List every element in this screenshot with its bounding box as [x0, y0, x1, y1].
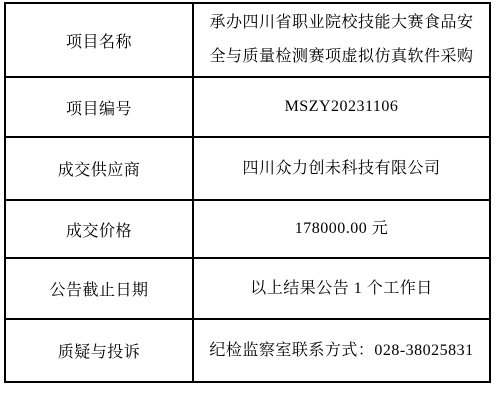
table-row-transaction-price: 成交价格 178000.00 元 [5, 200, 490, 258]
row-label-queries-complaints: 质疑与投诉 [5, 319, 193, 382]
row-value-winning-supplier: 四川众力创未科技有限公司 [193, 137, 490, 200]
procurement-result-table: 项目名称 承办四川省职业院校技能大赛食品安全与质量检测赛项虚拟仿真软件采购 项目… [4, 2, 491, 383]
row-value-transaction-price: 178000.00 元 [193, 200, 490, 258]
table-row-queries-complaints: 质疑与投诉 纪检监察室联系方式：028-38025831 [5, 319, 490, 382]
row-label-announcement-deadline: 公告截止日期 [5, 258, 193, 319]
row-value-queries-complaints: 纪检监察室联系方式：028-38025831 [193, 319, 490, 382]
row-label-winning-supplier: 成交供应商 [5, 137, 193, 200]
row-value-project-name: 承办四川省职业院校技能大赛食品安全与质量检测赛项虚拟仿真软件采购 [193, 3, 490, 77]
row-label-project-name: 项目名称 [5, 3, 193, 77]
row-label-transaction-price: 成交价格 [5, 200, 193, 258]
row-label-project-number: 项目编号 [5, 77, 193, 137]
table-row-announcement-deadline: 公告截止日期 以上结果公告 1 个工作日 [5, 258, 490, 319]
table-row-project-number: 项目编号 MSZY20231106 [5, 77, 490, 137]
table-row-project-name: 项目名称 承办四川省职业院校技能大赛食品安全与质量检测赛项虚拟仿真软件采购 [5, 3, 490, 77]
row-value-announcement-deadline: 以上结果公告 1 个工作日 [193, 258, 490, 319]
table-row-winning-supplier: 成交供应商 四川众力创未科技有限公司 [5, 137, 490, 200]
row-value-project-number: MSZY20231106 [193, 77, 490, 137]
procurement-announcement-page: 项目名称 承办四川省职业院校技能大赛食品安全与质量检测赛项虚拟仿真软件采购 项目… [0, 0, 497, 396]
